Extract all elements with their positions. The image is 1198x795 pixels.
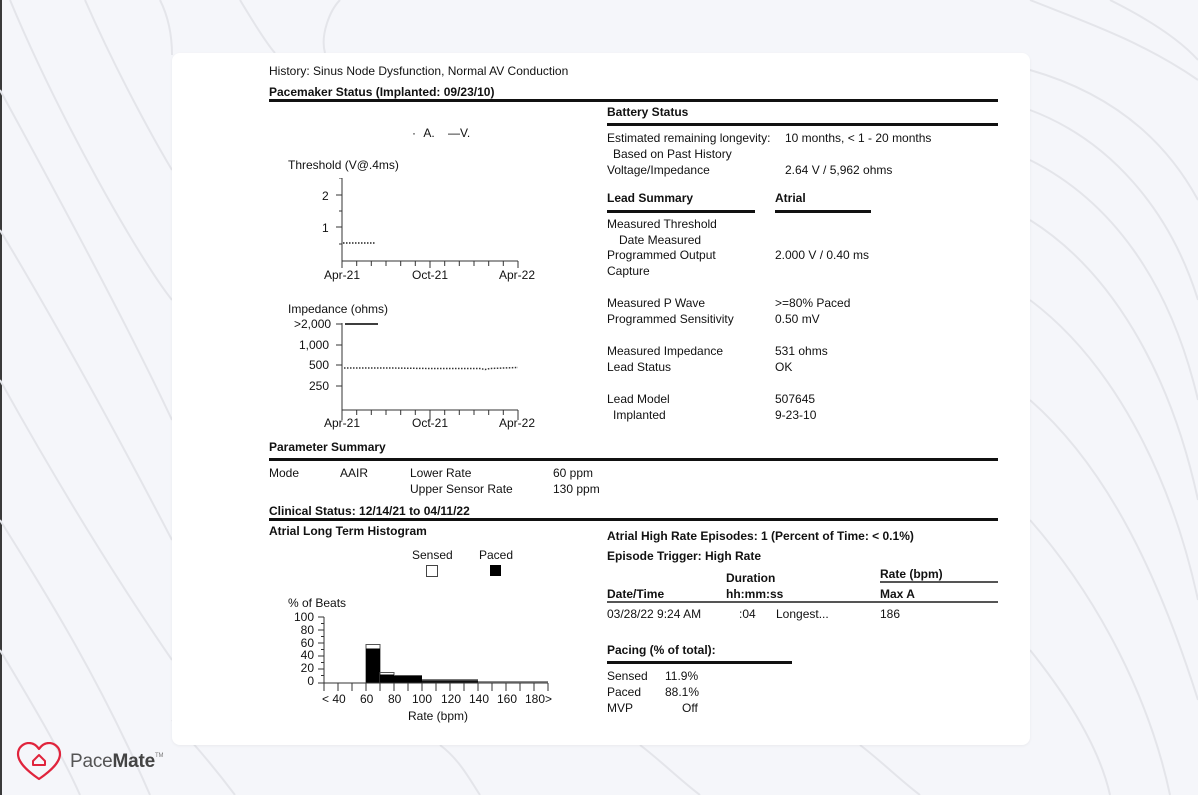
histogram-chart bbox=[314, 612, 554, 692]
lead-value: 2.000 V / 0.40 ms bbox=[775, 248, 869, 262]
pacing-label: Sensed bbox=[607, 669, 648, 683]
threshold-x-tick: Oct-21 bbox=[412, 268, 448, 282]
heart-home-icon bbox=[16, 742, 62, 782]
impedance-y-tick: 250 bbox=[309, 379, 329, 393]
brand-name: PaceMateTM bbox=[70, 751, 163, 773]
lead-label: Lead Status bbox=[607, 360, 671, 374]
histogram-x-tick: 180> bbox=[525, 692, 552, 706]
episodes-title: Atrial High Rate Episodes: 1 (Percent of… bbox=[607, 529, 914, 543]
pacemate-logo: PaceMateTM bbox=[16, 742, 163, 782]
lead-label: Measured Impedance bbox=[607, 344, 723, 358]
mode-label: Mode bbox=[269, 466, 299, 480]
paced-swatch-icon bbox=[490, 565, 501, 576]
parameter-summary-title: Parameter Summary bbox=[269, 440, 386, 454]
a-marker-icon: · bbox=[412, 126, 416, 140]
battery-status-title: Battery Status bbox=[607, 105, 688, 119]
col-rate: Max A bbox=[880, 587, 915, 601]
battery-value: 10 months, < 1 - 20 months bbox=[785, 131, 931, 145]
lower-rate-value: 60 ppm bbox=[553, 466, 593, 480]
lead-label: Implanted bbox=[613, 408, 666, 422]
lead-label: Lead Model bbox=[607, 392, 670, 406]
upper-rate-value: 130 ppm bbox=[553, 482, 600, 496]
lead-value: 9-23-10 bbox=[775, 408, 816, 422]
histogram-x-tick: 100 bbox=[412, 692, 432, 706]
lead-label: Date Measured bbox=[619, 233, 701, 247]
divider bbox=[269, 458, 998, 461]
battery-label: Based on Past History bbox=[613, 147, 732, 161]
lead-label: Measured Threshold bbox=[607, 217, 717, 231]
histogram-title: Atrial Long Term Histogram bbox=[269, 524, 427, 538]
divider bbox=[607, 661, 792, 664]
threshold-x-tick: Apr-22 bbox=[499, 268, 535, 282]
col-duration: hh:mm:ss bbox=[726, 587, 783, 601]
v-marker-icon: — bbox=[448, 126, 460, 140]
histogram-x-tick: 80 bbox=[388, 692, 401, 706]
lead-label: Capture bbox=[607, 264, 650, 278]
lead-value: 507645 bbox=[775, 392, 815, 406]
pacing-label: MVP bbox=[607, 701, 633, 715]
lower-rate-label: Lower Rate bbox=[410, 466, 471, 480]
lead-summary-title: Lead Summary bbox=[607, 191, 693, 205]
col-rate-top: Rate (bpm) bbox=[880, 567, 943, 581]
col-duration-top: Duration bbox=[726, 571, 775, 585]
col-datetime: Date/Time bbox=[607, 587, 664, 601]
lead-label: Measured P Wave bbox=[607, 296, 705, 310]
impedance-chart-title: Impedance (ohms) bbox=[288, 302, 388, 316]
divider bbox=[775, 210, 871, 213]
episode-duration: :04 bbox=[739, 607, 756, 621]
upper-rate-label: Upper Sensor Rate bbox=[410, 482, 513, 496]
episode-note: Longest... bbox=[776, 607, 829, 621]
legend-paced-label: Paced bbox=[479, 548, 513, 562]
battery-value: 2.64 V / 5,962 ohms bbox=[785, 163, 892, 177]
impedance-chart bbox=[330, 315, 530, 425]
pacing-value: 11.9% bbox=[665, 669, 698, 683]
threshold-chart bbox=[330, 178, 530, 268]
mode-value: AAIR bbox=[340, 466, 368, 480]
lead-value: OK bbox=[775, 360, 792, 374]
divider bbox=[607, 123, 998, 126]
impedance-a-series bbox=[344, 368, 518, 370]
pacing-title: Pacing (% of total): bbox=[607, 643, 716, 657]
lead-summary-column: Atrial bbox=[775, 191, 806, 205]
histogram-x-tick: < 40 bbox=[322, 692, 346, 706]
divider bbox=[880, 581, 998, 583]
lead-value: 0.50 mV bbox=[775, 312, 820, 326]
episode-trigger: Episode Trigger: High Rate bbox=[607, 549, 761, 563]
lead-label: Programmed Sensitivity bbox=[607, 312, 734, 326]
divider bbox=[269, 99, 998, 102]
pacing-value: 88.1% bbox=[665, 685, 699, 699]
lead-value: >=80% Paced bbox=[775, 296, 850, 310]
divider bbox=[269, 518, 998, 521]
legend-sensed-label: Sensed bbox=[412, 548, 453, 562]
clinical-status-title: Clinical Status: 12/14/21 to 04/11/22 bbox=[269, 504, 470, 518]
impedance-y-tick: >2,000 bbox=[294, 317, 331, 331]
histogram-bars bbox=[366, 645, 548, 684]
impedance-x-tick: Apr-22 bbox=[499, 416, 535, 430]
lead-label: Programmed Output bbox=[607, 248, 716, 262]
histogram-y-ticks: 100 80 60 40 20 0 bbox=[292, 611, 314, 688]
lead-value: 531 ohms bbox=[775, 344, 828, 358]
sensed-swatch-icon bbox=[426, 565, 438, 577]
histogram-x-tick: 60 bbox=[360, 692, 373, 706]
threshold-y-tick: 2 bbox=[322, 189, 329, 203]
impedance-x-tick: Apr-21 bbox=[324, 416, 360, 430]
history-text: History: Sinus Node Dysfunction, Normal … bbox=[269, 64, 568, 78]
episode-datetime: 03/28/22 9:24 AM bbox=[607, 607, 701, 621]
histogram-x-tick: 140 bbox=[469, 692, 489, 706]
divider bbox=[607, 601, 998, 603]
impedance-x-tick: Oct-21 bbox=[412, 416, 448, 430]
episode-rate: 186 bbox=[880, 607, 900, 621]
divider bbox=[607, 210, 755, 213]
threshold-chart-title: Threshold (V@.4ms) bbox=[288, 158, 399, 172]
histogram-x-tick: 160 bbox=[497, 692, 517, 706]
threshold-x-tick: Apr-21 bbox=[324, 268, 360, 282]
trend-legend: · A. —V. bbox=[412, 126, 470, 140]
pacing-label: Paced bbox=[607, 685, 641, 699]
pacing-value: Off bbox=[682, 701, 698, 715]
impedance-y-tick: 500 bbox=[309, 358, 329, 372]
battery-label: Estimated remaining longevity: bbox=[607, 131, 770, 145]
battery-label: Voltage/Impedance bbox=[607, 163, 710, 177]
pacemaker-status-title: Pacemaker Status (Implanted: 09/23/10) bbox=[269, 85, 494, 99]
impedance-y-tick: 1,000 bbox=[299, 338, 329, 352]
histogram-x-label: Rate (bpm) bbox=[408, 709, 468, 723]
histogram-x-tick: 120 bbox=[441, 692, 461, 706]
histogram-y-label: % of Beats bbox=[288, 596, 346, 610]
threshold-y-tick: 1 bbox=[322, 221, 329, 235]
